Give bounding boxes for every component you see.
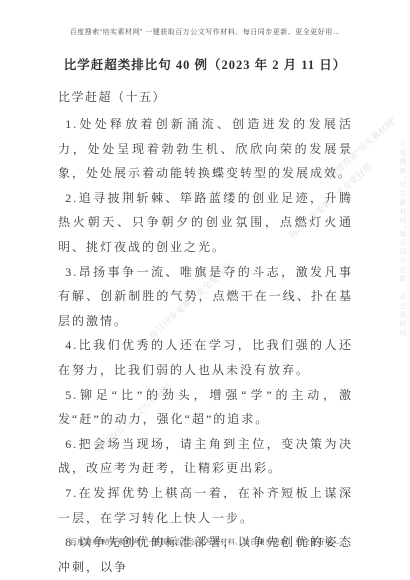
paragraph-4: 4.比我们优秀的人还在学习，比我们强的人还在努力，比我们弱的人也从未没有放弃。 — [58, 333, 353, 382]
page-title: 比学赶超类排比句 40 例（2023 年 2 月 11 日） — [0, 55, 410, 73]
document-body: 1.处处释放着创新涌流、创造迸发的发展活力，处处呈现着勃勃生机、欣欣向荣的发展景… — [58, 112, 353, 579]
footer-watermark: 百度搜索“培实素材网” 一键获取百万公文写作材料、每日同步更新、更全更好用… — [0, 537, 410, 547]
paragraph-3: 3.昂扬事争一流、唯旗是夺的斗志，激发凡事有解、创新制胜的气势，点燃干在一线、扑… — [58, 260, 353, 334]
section-heading: 比学赶超（十五） — [58, 88, 166, 105]
paragraph-5: 5.铆足“比”的劲头，增强“学”的主动，激发“赶”的动力，强化“超”的追求。 — [58, 383, 353, 432]
paragraph-1: 1.处处释放着创新涌流、创造迸发的发展活力，处处呈现着勃勃生机、欣欣向荣的发展景… — [58, 112, 353, 186]
document-page: 百度搜索“培实素材网” 一键获取百万公文写作材料、每日同步更新、更全更好用… 比… — [0, 0, 410, 580]
header-watermark: 百度搜索“培实素材网” 一键获取百万公文写作材料、每日同步更新、更全更好用… — [0, 27, 410, 37]
paragraph-7: 7.在发挥优势上棋高一着，在补齐短板上谋深一层，在学习转化上快人一步。 — [58, 481, 353, 530]
paragraph-2: 2.追寻披荆斩棘、筚路蓝缕的创业足迹，升腾热火朝天、只争朝夕的创业氛围，点燃灯火… — [58, 186, 353, 260]
paragraph-6: 6.把会场当现场，请主角到主位，变决策为决战，改应考为赶考，让精彩更出彩。 — [58, 432, 353, 481]
vertical-edge-watermark: 百度搜索“培实素材网”每日同步更新、更全更好用 — [397, 140, 407, 370]
